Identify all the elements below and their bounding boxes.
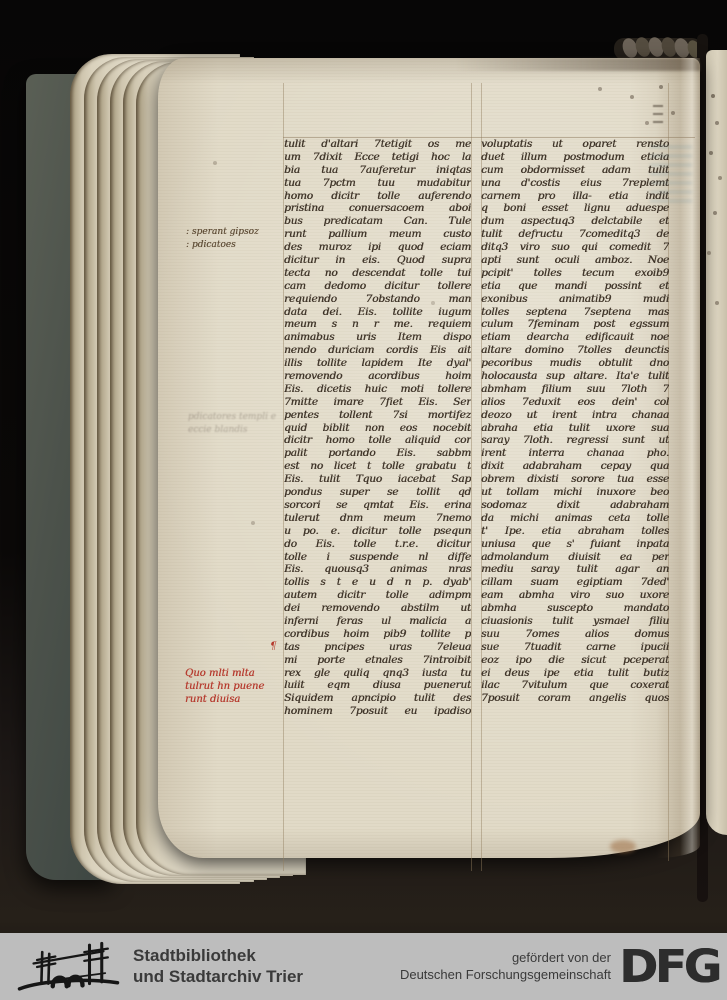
funding-line1: gefördert von der <box>400 950 611 966</box>
manuscript-line: ei deus ipe etia tulit butiz <box>481 667 669 680</box>
dfg-logo: DFG <box>619 940 719 993</box>
manuscript-line: tas pncipes uras 7eleua <box>284 641 471 654</box>
manuscript-line: dicitur in eis. Quod supra <box>284 254 471 267</box>
manuscript-line: um 7dixit Ecce tetigi hoc la <box>284 151 471 164</box>
manuscript-line: autem dicitr tolle adimpm <box>284 589 471 602</box>
manuscript-line: dixit adabraham cepay qua <box>481 460 669 473</box>
manuscript-line: requiendo 7obstando man <box>284 293 471 306</box>
manuscript-line: 7mitte imare 7fiet Eis. Ser <box>284 396 471 409</box>
ink-bleedthrough <box>650 144 692 202</box>
manuscript-line: Siquidem apncipio tulit des <box>284 692 471 705</box>
funding-credit: gefördert von der Deutschen Forschungsge… <box>400 950 611 983</box>
manuscript-line: illis tollite lapidem Ite dyal' <box>284 357 471 370</box>
manuscript-line: suu 7omes alios domus <box>481 628 669 641</box>
manuscript-line: do Eis. tolle t.r.e. dicitur <box>284 538 471 551</box>
manuscript-line: bia tua 7auferetur iniqtas <box>284 164 471 177</box>
manuscript-line: tolles septena 7septena mas <box>481 306 669 319</box>
manuscript-line: da michi animas ceta tolle <box>481 512 669 525</box>
funding-line2: Deutschen Forschungsgemeinschaft <box>400 967 611 983</box>
manuscript-line: alios 7eduxit eos dein' col <box>481 396 669 409</box>
opposite-page-block-edge <box>706 50 727 835</box>
library-name-line2: und Stadtarchiv Trier <box>133 967 303 987</box>
dust-specks <box>0 0 2 2</box>
manuscript-line: ditq3 viro suo qui comedit 7 <box>481 241 669 254</box>
manuscript-line: sue 7tuadit carne ipucii <box>481 641 669 654</box>
manuscript-line: ut tollam michi inuxore beo <box>481 486 669 499</box>
manuscript-line: dum aspectuq3 delctabile et <box>481 215 669 228</box>
manuscript-line: homo dicitr tolle auferendo <box>284 190 471 203</box>
manuscript-line: meum s n r me. requiem <box>284 318 471 331</box>
digitized-manuscript-photo: tulit d'altari 7tetigit os meum 7dixit E… <box>0 0 727 1000</box>
manuscript-line: exonibus animatib9 mudi <box>481 293 669 306</box>
manuscript-line: abmham filium suu 7loth 7 <box>481 383 669 396</box>
manuscript-line: holocausta sup altare. Ita'e tulit <box>481 370 669 383</box>
manuscript-line: eoz ipo die sicut pceperat <box>481 654 669 667</box>
manuscript-line: ilac 7vitulum que coxerat <box>481 679 669 692</box>
manuscript-line: uniusa que s' fuiant inpata <box>481 538 669 551</box>
manuscript-line: animabus uris Item dispo <box>284 331 471 344</box>
library-name: Stadtbibliothek und Stadtarchiv Trier <box>133 946 303 986</box>
manuscript-line: etiam dearcha edificauit noe <box>481 331 669 344</box>
margin-note-line: : sperant gipsoz <box>186 226 259 239</box>
manuscript-line: sodomaz dixit adabraham <box>481 499 669 512</box>
manuscript-line: est no licet t tolle grabatu t <box>284 460 471 473</box>
manuscript-line: quid biblit non eos nocebit <box>284 422 471 435</box>
manuscript-line: tulerut dnm meum 7nemo <box>284 512 471 525</box>
margin-note-faded: pdicatores templi eeccie blandis <box>188 411 276 437</box>
library-name-line1: Stadtbibliothek <box>133 946 303 966</box>
margin-note-line: tulrut hn puene <box>185 680 264 693</box>
manuscript-line: t' Ipe. etia abraham tolles <box>481 525 669 538</box>
page-stain <box>610 840 636 853</box>
manuscript-line: obrem dixisti sorore tua esse <box>481 473 669 486</box>
manuscript-line: Eis. tulit Tquo iacebat Sap <box>284 473 471 486</box>
margin-note-line: pdicatores templi e <box>188 411 276 424</box>
manuscript-line: altare domino 7tolles deunctis <box>481 344 669 357</box>
manuscript-line: tulit defructu 7comeditq3 de <box>481 228 669 241</box>
manuscript-column-left: tulit d'altari 7tetigit os meum 7dixit E… <box>284 138 471 718</box>
margin-note-brown: : sperant gipsoz: pdicatoes <box>186 226 259 252</box>
manuscript-line: carnem pro illa- etia indit <box>481 190 669 203</box>
red-paragraph-mark: ¶ <box>270 641 276 652</box>
manuscript-line: data dei. Eis. tollite iugum <box>284 306 471 319</box>
manuscript-line: cillam suam egiptiam 7ded' <box>481 576 669 589</box>
manuscript-line: des muroz ipi quod eciam <box>284 241 471 254</box>
manuscript-line: pcipit' tolles tecum exoib9 <box>481 267 669 280</box>
margin-note-line: Quo mlti mlta <box>185 667 264 680</box>
manuscript-line: mediu saray tulit agar an <box>481 563 669 576</box>
margin-note-line: : pdicatoes <box>186 239 259 252</box>
manuscript-line: saray 7loth. regressi sunt ut <box>481 434 669 447</box>
manuscript-line: pecoribus mudis obtulit dno <box>481 357 669 370</box>
manuscript-line: abraha etia tulit uxore sua <box>481 422 669 435</box>
manuscript-line: pristina conuersacoem aboi <box>284 202 471 215</box>
manuscript-line: ciuasionis tulit ysmael filiu <box>481 615 669 628</box>
manuscript-line: dei removendo abstilm ut <box>284 602 471 615</box>
manuscript-line: 7posuit coram angelis quos <box>481 692 669 705</box>
manuscript-line: pondus super se tollit qd <box>284 486 471 499</box>
manuscript-line: palit portando Eis. sabbm <box>284 447 471 460</box>
manuscript-line: una d'costis eius 7replemt <box>481 177 669 190</box>
margin-note-line: runt diuisa <box>185 693 264 706</box>
manuscript-line: tecta no descendat tolle tui <box>284 267 471 280</box>
margin-note-red-rubric: Quo mlti mltatulrut hn puenerunt diuisa <box>185 667 264 706</box>
manuscript-line: Eis. quousq3 animas nras <box>284 563 471 576</box>
manuscript-line: admolandum diuisit ea per <box>481 551 669 564</box>
manuscript-line: removendo acordibus hoim <box>284 370 471 383</box>
manuscript-line: voluptatis ut oparet rensto <box>481 138 669 151</box>
manuscript-line: etia que mandi possint et <box>481 280 669 293</box>
manuscript-line: cordibus hoim pib9 tollite p <box>284 628 471 641</box>
manuscript-line: culum 7feminam post egssum <box>481 318 669 331</box>
manuscript-line: dicitr homo tolle aliquid cor <box>284 434 471 447</box>
manuscript-line: Eis. dicetis huic moti tollere <box>284 383 471 396</box>
manuscript-line: irent interra chanaa pho. <box>481 447 669 460</box>
manuscript-line: cam dedomo dicitur tollere <box>284 280 471 293</box>
manuscript-page: tulit d'altari 7tetigit os meum 7dixit E… <box>158 58 700 858</box>
manuscript-line: tolle i suspende nl diffe <box>284 551 471 564</box>
manuscript-line: hominem 7posuit eu ipadiso <box>284 705 471 718</box>
manuscript-line: bus predicatam Can. Tule <box>284 215 471 228</box>
library-footer-banner: Stadtbibliothek und Stadtarchiv Trier ge… <box>0 933 727 1000</box>
manuscript-line: duet illum postmodum eticia <box>481 151 669 164</box>
manuscript-line: sorcori se qmtat Eis. erina <box>284 499 471 512</box>
manuscript-line: apti sunt oculi amboz. Noe <box>481 254 669 267</box>
manuscript-line: cum obdormisset adam tulit <box>481 164 669 177</box>
manuscript-line: nendo duriciam cordis Eis ait <box>284 344 471 357</box>
manuscript-line: abmha suscepto mandato <box>481 602 669 615</box>
manuscript-line: rex gle quliq qnq3 iusta tu <box>284 667 471 680</box>
manuscript-column-right: voluptatis ut oparet renstoduet illum po… <box>481 138 669 705</box>
manuscript-line: luiit eqm diusa puenerut <box>284 679 471 692</box>
manuscript-line: q boni esset lignu aduespe <box>481 202 669 215</box>
ruling-line-vertical <box>471 83 472 871</box>
manuscript-line: mi porte etnales 7introibit <box>284 654 471 667</box>
manuscript-line: u po. e. dicitur tolle psequn <box>284 525 471 538</box>
small-ink-marks <box>653 101 663 123</box>
manuscript-line: tua 7pctm tuu mudabitur <box>284 177 471 190</box>
manuscript-line: tulit d'altari 7tetigit os me <box>284 138 471 151</box>
manuscript-line: pentes tollent 7si mortifez <box>284 409 471 422</box>
manuscript-line: eam abmha viro suo uxore <box>481 589 669 602</box>
manuscript-line: deozo ut irent intra chanaa <box>481 409 669 422</box>
manuscript-line: tollis s t e u d n p. dyab' <box>284 576 471 589</box>
manuscript-line: runt pallium meum custo <box>284 228 471 241</box>
trier-library-logo-icon <box>16 939 121 995</box>
manuscript-line: inferni feras ul malicia a <box>284 615 471 628</box>
margin-note-line: eccie blandis <box>188 424 276 437</box>
